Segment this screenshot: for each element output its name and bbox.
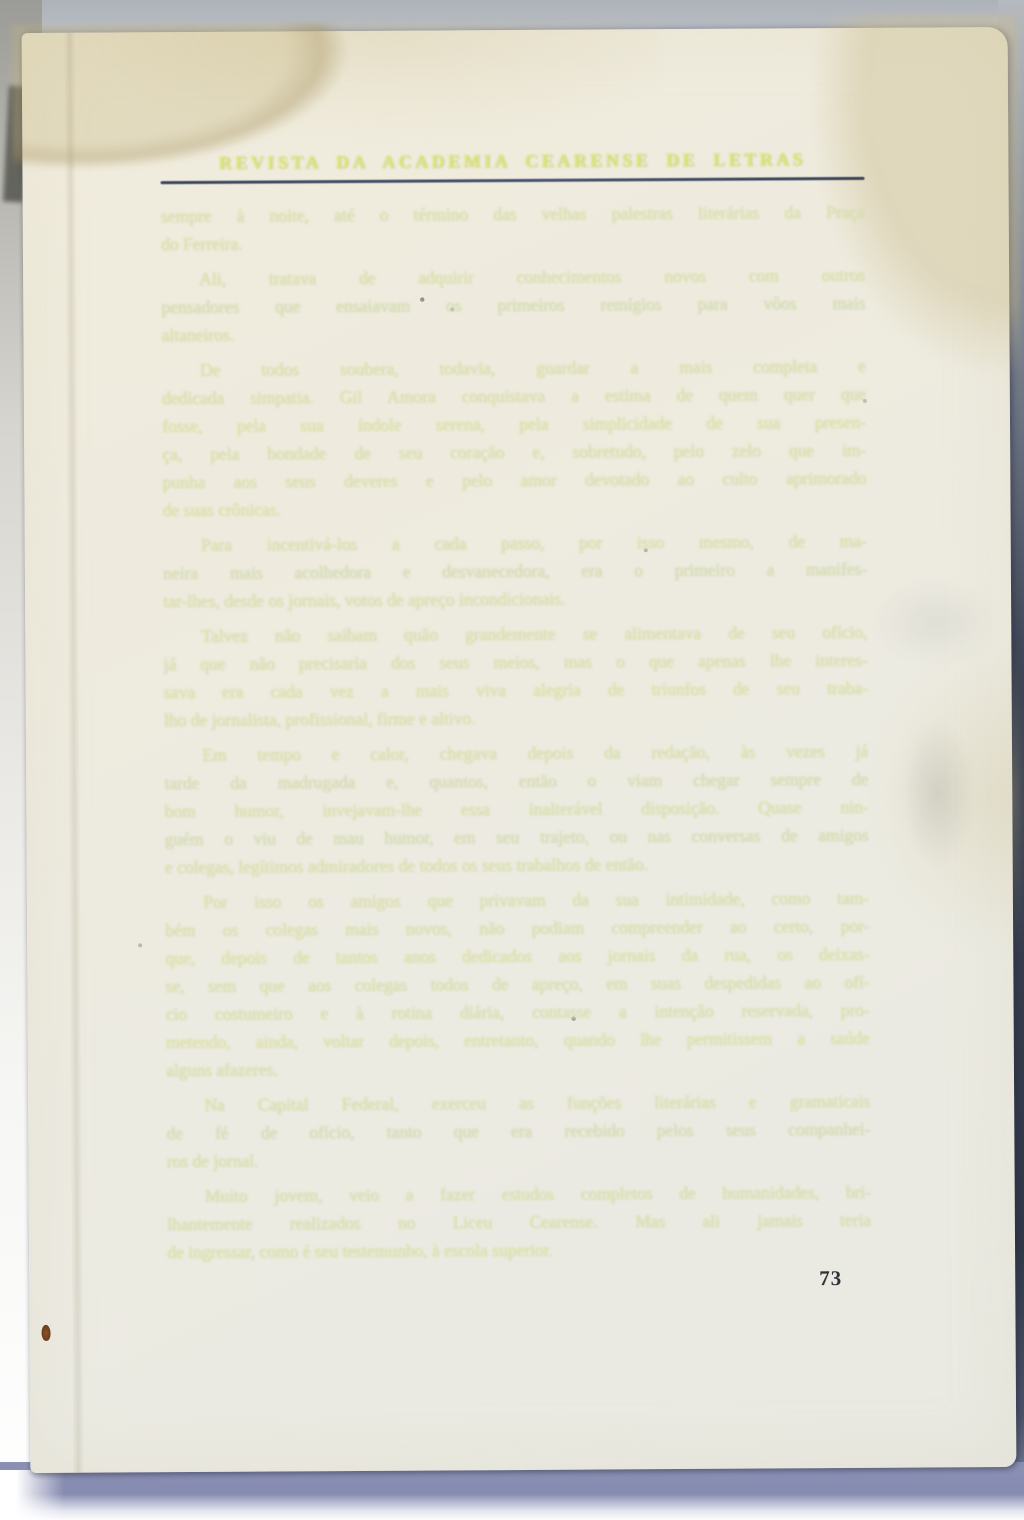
gray-smudge (898, 717, 977, 867)
text-line: de ingressar, como é seu testemunho, à e… (167, 1234, 871, 1266)
text-line: Em tempo e calor, chegava depois da reda… (164, 737, 868, 769)
water-stain-top-right (748, 15, 1020, 407)
text-line: fosse, pela sua índole serena, pela simp… (162, 408, 866, 440)
text-line: guém o viu de mau humor, em seu trajeto,… (164, 821, 868, 853)
text-line: Para incentivá-los a cada passo, por iss… (163, 527, 867, 559)
text-line: alguns afazeres. (166, 1052, 870, 1084)
water-stain-right-middle (789, 582, 1022, 1013)
water-stain-top-left (12, 21, 663, 240)
scanner-corner-bottom-left (0, 1470, 64, 1520)
paragraph: Para incentivá-los a cada passo, por iss… (163, 527, 868, 615)
text-line: bém os colegas mais novos, não podiam co… (165, 912, 869, 944)
page-crease-line (64, 33, 85, 1473)
paragraph: Talvez não saibam quão grandemente se al… (163, 618, 868, 734)
text-line: sempre à noite, até o término das velhas… (161, 198, 865, 230)
text-line: de fé de ofício, tanto que era recebido … (166, 1115, 870, 1147)
paragraph: Em tempo e calor, chegava depois da reda… (164, 737, 869, 881)
text-line: Na Capital Federal, exerceu as funções l… (166, 1087, 870, 1119)
text-line: De todos soubera, todavia, guardar a mai… (162, 352, 866, 384)
text-line: bom humor, invejavam-lhe essa inalteráve… (164, 793, 868, 825)
paragraph: Muito jovem, veio a fazer estudos comple… (167, 1178, 872, 1266)
text-line: já que não precisaria dos seus meios, ma… (163, 646, 867, 678)
paragraph: Por isso os amigos que privavam da sua i… (165, 884, 870, 1084)
text-line: e colegas, legítimos admiradores de todo… (165, 849, 869, 881)
paragraph: De todos soubera, todavia, guardar a mai… (162, 352, 867, 524)
text-line: altaneiros. (161, 317, 865, 349)
text-line: lhantemente realizados no Liceu Cearense… (167, 1206, 871, 1238)
text-line: cio costumeiro e à rotina diária, contas… (166, 996, 870, 1028)
text-line: lho de jornalista, profissional, firme e… (164, 702, 868, 734)
text-line: Por isso os amigos que privavam da sua i… (165, 884, 869, 916)
text-line: tar-lhes, desde os jornais, votos de apr… (163, 583, 867, 615)
text-line: que, depois de tantos anos dedicados aos… (165, 940, 869, 972)
gray-smudge (870, 577, 1001, 668)
paragraph: Na Capital Federal, exerceu as funções l… (166, 1087, 871, 1175)
paragraph: sempre à noite, até o término das velhas… (161, 198, 865, 258)
text-line: dedicada simpatia. Gil Amora conquistava… (162, 380, 866, 412)
text-line: de suas crônicas. (162, 492, 866, 524)
page-number: 73 (819, 1266, 842, 1291)
scanned-book-page: REVISTA DA ACADEMIA CEARENSE DE LETRAS s… (0, 0, 1024, 1520)
text-line: se, sem que aos colegas todos de apreço,… (165, 968, 869, 1000)
text-line: Ali, tratava de adquirir conhecimentos n… (161, 261, 865, 293)
header-rule (161, 177, 865, 184)
text-line: do Ferreira. (161, 226, 865, 258)
paragraph: Ali, tratava de adquirir conhecimentos n… (161, 261, 866, 349)
paper-page: REVISTA DA ACADEMIA CEARENSE DE LETRAS s… (22, 27, 1017, 1473)
foxing-spot (42, 1325, 51, 1341)
body-paragraphs: sempre à noite, até o término das velhas… (161, 198, 871, 1266)
text-line: metendo, ainda, voltar depois, entretant… (166, 1024, 870, 1056)
text-block: REVISTA DA ACADEMIA CEARENSE DE LETRAS s… (160, 148, 871, 1273)
text-line: Talvez não saibam quão grandemente se al… (163, 618, 867, 650)
text-line: Muito jovem, veio a fazer estudos comple… (167, 1178, 871, 1210)
journal-header-title: REVISTA DA ACADEMIA CEARENSE DE LETRAS (160, 148, 864, 174)
text-line: tarde da madrugada e, quantos, então o v… (164, 765, 868, 797)
text-line: ros de jornal. (166, 1143, 870, 1175)
text-line: ça, pela bondade de seu coração e, sobre… (162, 436, 866, 468)
text-line: pensadores que ensaiavam os primeiros re… (161, 289, 865, 321)
text-line: sava era cada vez a mais viva alegria de… (164, 674, 868, 706)
text-line: punha aos seus deveres e pelo amor devot… (162, 464, 866, 496)
text-line: neira mais acolhedora e desvanecedora, e… (163, 555, 867, 587)
